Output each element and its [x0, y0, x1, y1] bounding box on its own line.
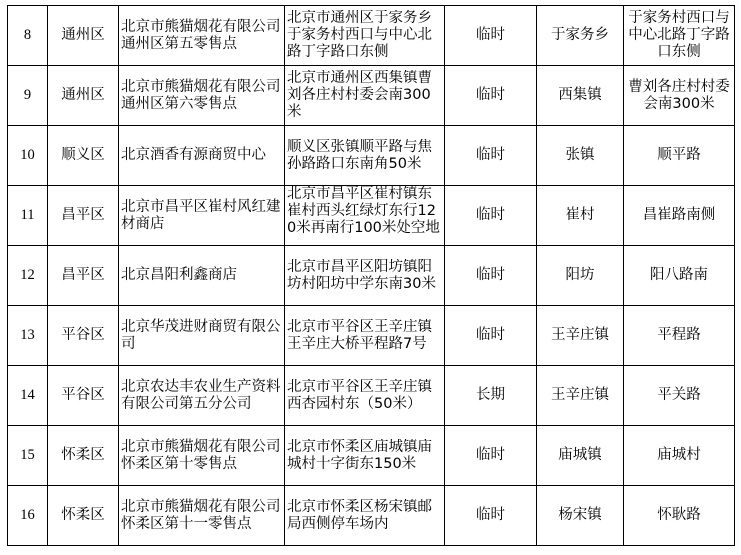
permit-type-cell: 临时: [445, 6, 537, 66]
road-cell: 庙城村: [624, 426, 735, 486]
table-row: 8 通州区 北京市熊猫烟花有限公司通州区第五零售点 北京市通州区于家务乡于家务村…: [8, 6, 735, 66]
table-row: 12 昌平区 北京昌阳利鑫商店 北京市昌平区阳坊镇阳坊村阳坊中学东南30米 临时…: [8, 246, 735, 306]
business-name-cell: 北京酒香有源商贸中心: [119, 126, 285, 186]
business-name-cell: 北京市熊猫烟花有限公司通州区第六零售点: [119, 66, 285, 126]
district-cell: 怀柔区: [48, 426, 119, 486]
address-cell: 北京市平谷区王辛庄镇西杏园村东（50米）: [285, 366, 445, 426]
district-cell: 怀柔区: [48, 486, 119, 546]
address-cell: 顺义区张镇顺平路与焦孙路路口东南角50米: [285, 126, 445, 186]
row-number: 10: [8, 126, 48, 186]
town-cell: 张镇: [537, 126, 624, 186]
address-cell: 北京市通州区于家务乡于家务村西口与中心北路丁字路口东侧: [285, 6, 445, 66]
table-row: 16 怀柔区 北京市熊猫烟花有限公司怀柔区第十一零售点 北京市怀柔区杨宋镇邮局西…: [8, 486, 735, 546]
table-row: 9 通州区 北京市熊猫烟花有限公司通州区第六零售点 北京市通州区西集镇曹刘各庄村…: [8, 66, 735, 126]
row-number: 11: [8, 186, 48, 246]
permit-type-cell: 临时: [445, 186, 537, 246]
table-row: 15 怀柔区 北京市熊猫烟花有限公司怀柔区第十零售点 北京市怀柔区庙城镇庙城村十…: [8, 426, 735, 486]
town-cell: 崔村: [537, 186, 624, 246]
town-cell: 杨宋镇: [537, 486, 624, 546]
permit-type-cell: 临时: [445, 426, 537, 486]
row-number: 15: [8, 426, 48, 486]
business-name-cell: 北京华茂进财商贸有限公司: [119, 306, 285, 366]
town-cell: 阳坊: [537, 246, 624, 306]
business-name-cell: 北京市昌平区崔村风红建材商店: [119, 186, 285, 246]
permit-type-cell: 临时: [445, 306, 537, 366]
road-cell: 阳八路南: [624, 246, 735, 306]
table-body: 8 通州区 北京市熊猫烟花有限公司通州区第五零售点 北京市通州区于家务乡于家务村…: [8, 6, 735, 546]
permit-type-cell: 长期: [445, 366, 537, 426]
row-number: 14: [8, 366, 48, 426]
road-cell: 平程路: [624, 306, 735, 366]
district-cell: 通州区: [48, 6, 119, 66]
district-cell: 顺义区: [48, 126, 119, 186]
district-cell: 昌平区: [48, 186, 119, 246]
permit-type-cell: 临时: [445, 66, 537, 126]
district-cell: 昌平区: [48, 246, 119, 306]
row-number: 13: [8, 306, 48, 366]
permit-type-cell: 临时: [445, 246, 537, 306]
road-cell: 昌崔路南侧: [624, 186, 735, 246]
address-cell: 北京市怀柔区庙城镇庙城村十字街东150米: [285, 426, 445, 486]
row-number: 16: [8, 486, 48, 546]
road-cell: 怀耿路: [624, 486, 735, 546]
row-number: 12: [8, 246, 48, 306]
address-cell: 北京市通州区西集镇曹刘各庄村村委会南300米: [285, 66, 445, 126]
address-cell: 北京市昌平区崔村镇东崔村西头红绿灯东行120米再南行100米处空地: [285, 186, 445, 246]
address-cell: 北京市平谷区王辛庄镇王辛庄大桥平程路7号: [285, 306, 445, 366]
permit-type-cell: 临时: [445, 486, 537, 546]
road-cell: 于家务村西口与中心北路丁字路口东侧: [624, 6, 735, 66]
permit-type-cell: 临时: [445, 126, 537, 186]
business-name-cell: 北京市熊猫烟花有限公司怀柔区第十零售点: [119, 426, 285, 486]
town-cell: 庙城镇: [537, 426, 624, 486]
business-name-cell: 北京市熊猫烟花有限公司通州区第五零售点: [119, 6, 285, 66]
road-cell: 顺平路: [624, 126, 735, 186]
town-cell: 西集镇: [537, 66, 624, 126]
business-name-cell: 北京昌阳利鑫商店: [119, 246, 285, 306]
district-cell: 通州区: [48, 66, 119, 126]
district-cell: 平谷区: [48, 306, 119, 366]
road-cell: 平关路: [624, 366, 735, 426]
table-row: 13 平谷区 北京华茂进财商贸有限公司 北京市平谷区王辛庄镇王辛庄大桥平程路7号…: [8, 306, 735, 366]
business-name-cell: 北京市熊猫烟花有限公司怀柔区第十一零售点: [119, 486, 285, 546]
sales-points-table: 8 通州区 北京市熊猫烟花有限公司通州区第五零售点 北京市通州区于家务乡于家务村…: [7, 5, 735, 546]
table-row: 14 平谷区 北京农达丰农业生产资料有限公司第五分公司 北京市平谷区王辛庄镇西杏…: [8, 366, 735, 426]
row-number: 9: [8, 66, 48, 126]
table-row: 11 昌平区 北京市昌平区崔村风红建材商店 北京市昌平区崔村镇东崔村西头红绿灯东…: [8, 186, 735, 246]
table-row: 10 顺义区 北京酒香有源商贸中心 顺义区张镇顺平路与焦孙路路口东南角50米 临…: [8, 126, 735, 186]
row-number: 8: [8, 6, 48, 66]
business-name-cell: 北京农达丰农业生产资料有限公司第五分公司: [119, 366, 285, 426]
town-cell: 王辛庄镇: [537, 366, 624, 426]
address-cell: 北京市怀柔区杨宋镇邮局西侧停车场内: [285, 486, 445, 546]
address-cell: 北京市昌平区阳坊镇阳坊村阳坊中学东南30米: [285, 246, 445, 306]
town-cell: 于家务乡: [537, 6, 624, 66]
district-cell: 平谷区: [48, 366, 119, 426]
road-cell: 曹刘各庄村村委会南300米: [624, 66, 735, 126]
town-cell: 王辛庄镇: [537, 306, 624, 366]
